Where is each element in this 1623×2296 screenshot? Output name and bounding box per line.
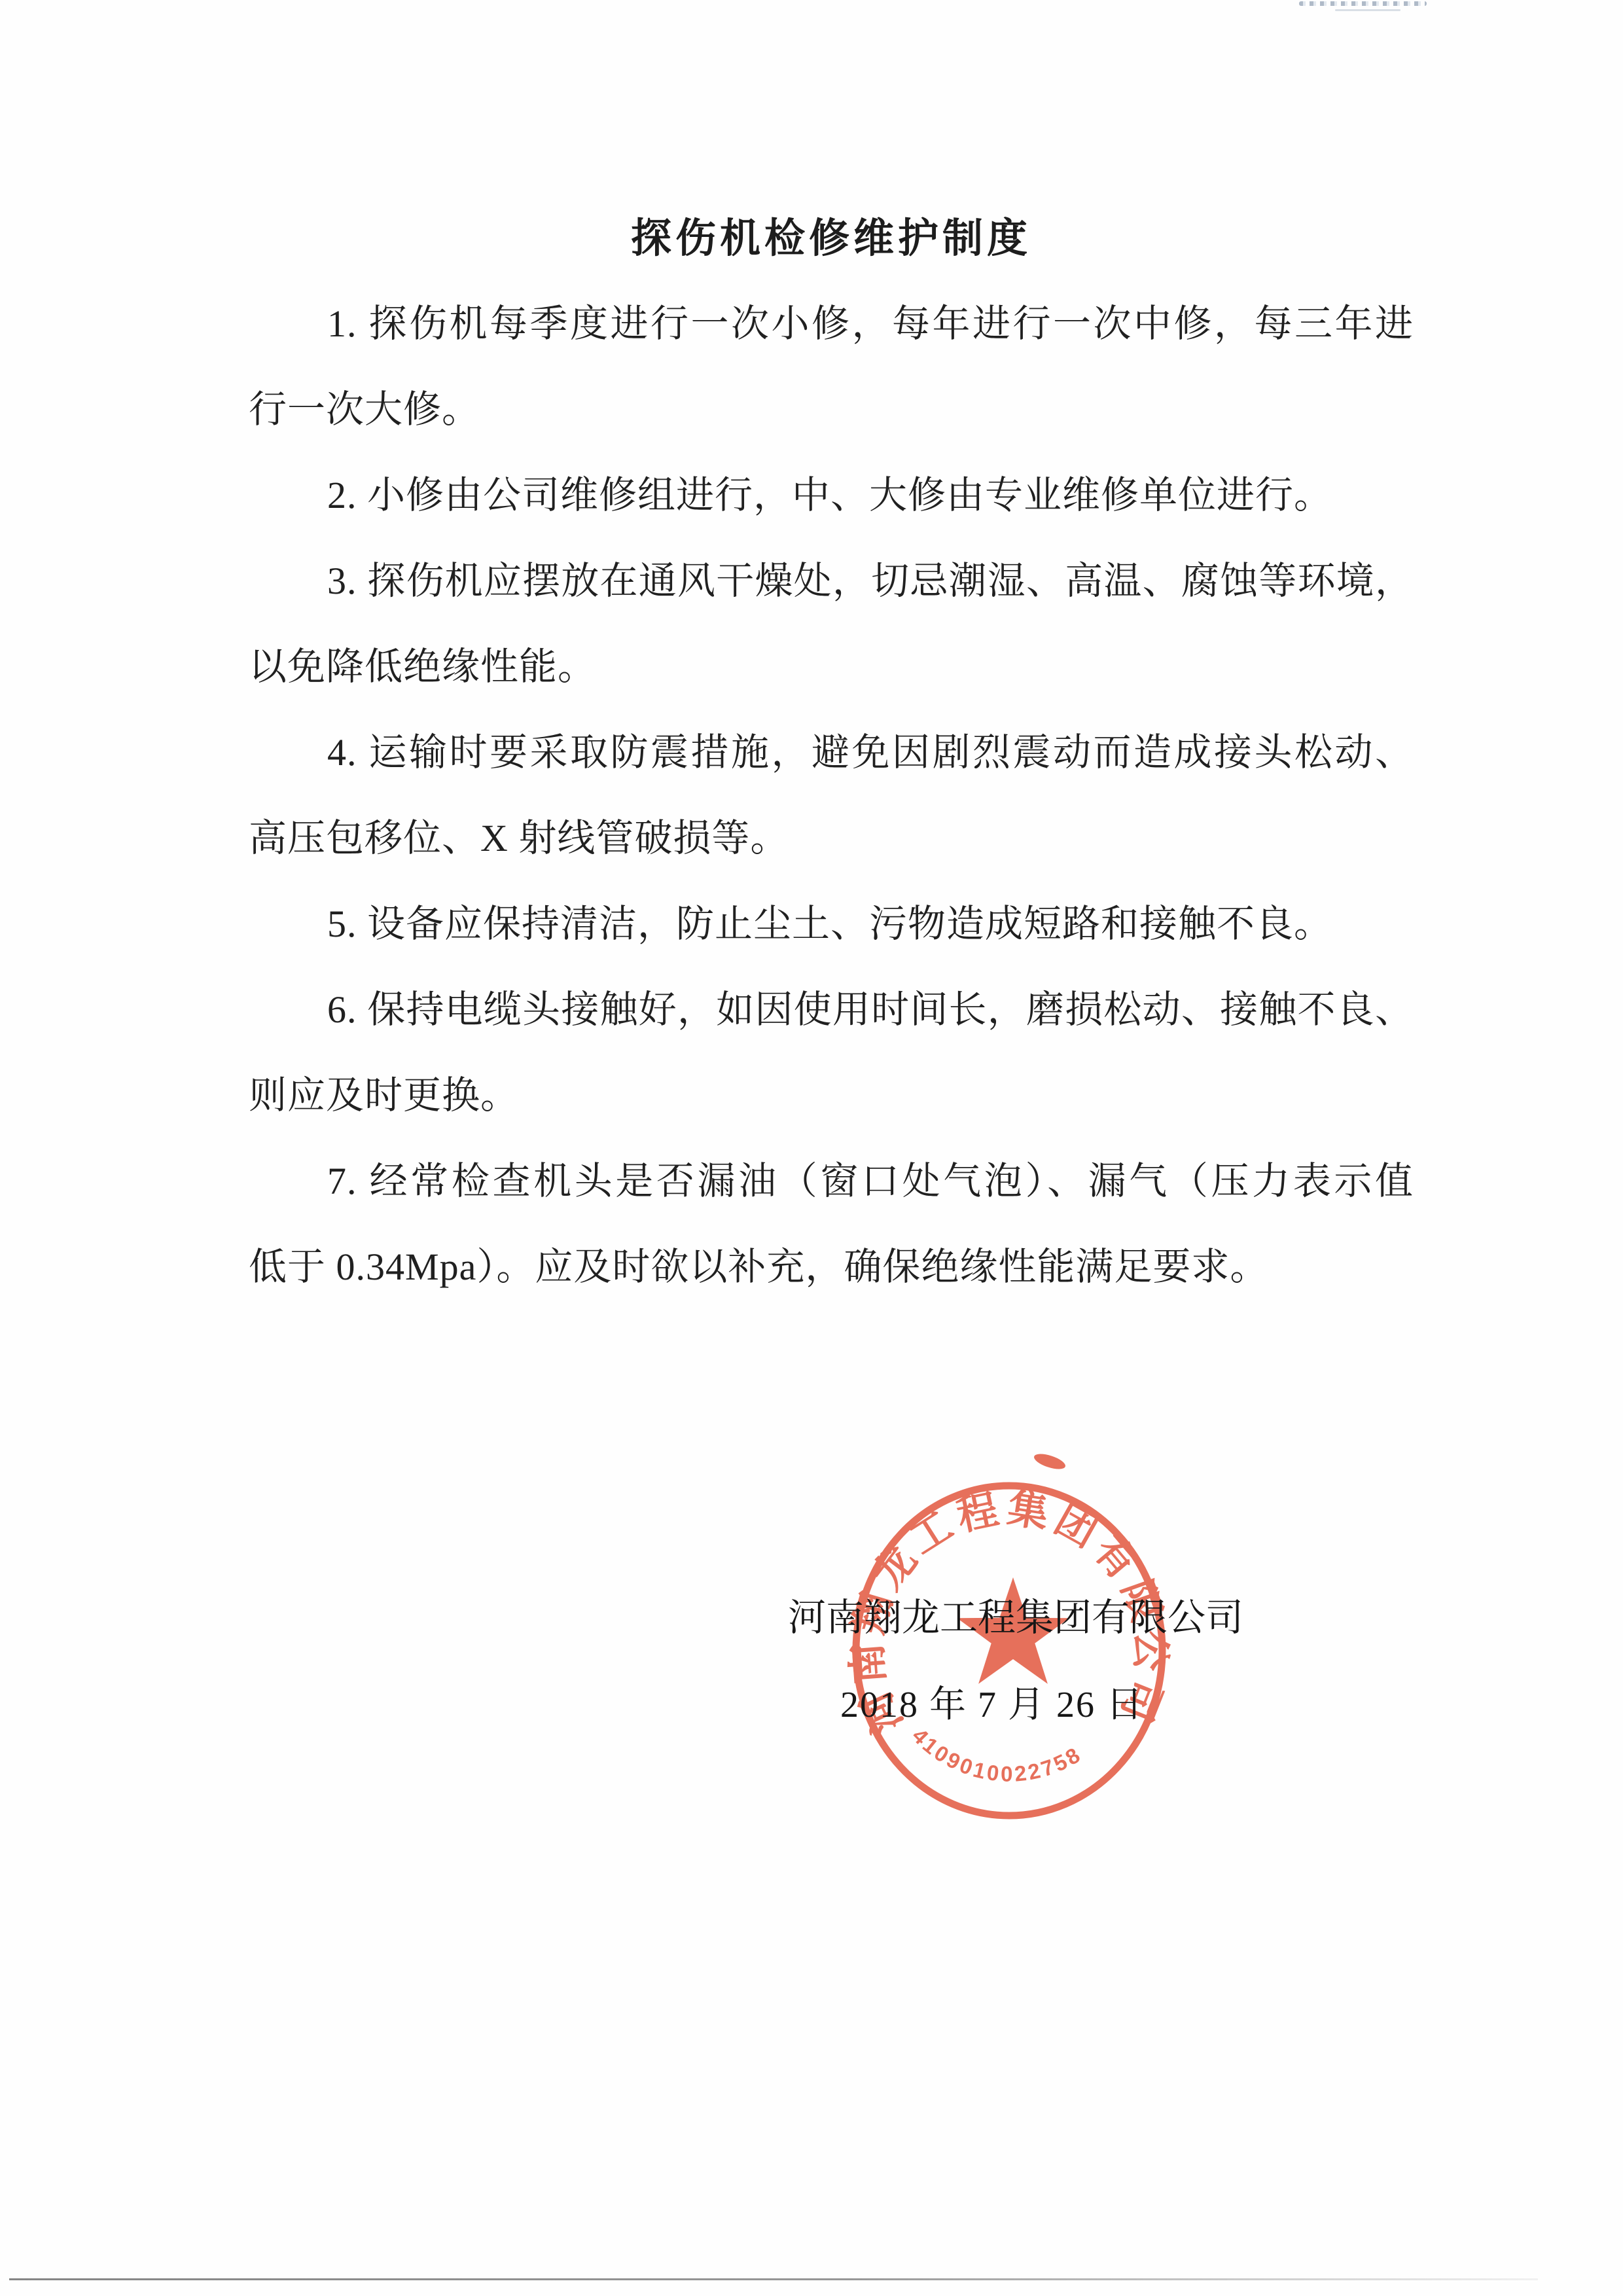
seal-ink-splash bbox=[1032, 1451, 1067, 1473]
body-line: 2. 小修由公司维修组进行，中、大修由专业维修单位进行。 bbox=[249, 452, 1414, 538]
body-line: 以免降低绝缘性能。 bbox=[249, 624, 1414, 709]
signature-date: 2018 年 7 月 26 日 bbox=[840, 1676, 1144, 1728]
body-line: 5. 设备应保持清洁，防止尘土、污物造成短路和接触不良。 bbox=[249, 881, 1414, 967]
body-line: 低于 0.34Mpa）。应及时欲以补充，确保绝缘性能满足要求。 bbox=[249, 1224, 1414, 1310]
document-body: 1. 探伤机每季度进行一次小修，每年进行一次中修，每三年进行一次大修。2. 小修… bbox=[249, 281, 1414, 1310]
body-line: 高压包移位、X 射线管破损等。 bbox=[249, 795, 1414, 881]
scan-smudge-top-2 bbox=[1335, 9, 1400, 11]
scanned-document-page: 探伤机检修维护制度 1. 探伤机每季度进行一次小修，每年进行一次中修，每三年进行… bbox=[0, 0, 1623, 2296]
body-line: 1. 探伤机每季度进行一次小修，每年进行一次中修，每三年进 bbox=[249, 281, 1414, 367]
body-line: 4. 运输时要采取防震措施，避免因剧烈震动而造成接头松动、 bbox=[249, 709, 1414, 795]
seal-serial-number: 4109010022758 bbox=[908, 1723, 1086, 1786]
signature-company: 河南翔龙工程集团有限公司 bbox=[788, 1587, 1243, 1641]
body-line: 7. 经常检查机头是否漏油（窗口处气泡）、漏气（压力表示值 bbox=[249, 1138, 1414, 1224]
body-line: 则应及时更换。 bbox=[249, 1052, 1414, 1138]
scan-smudge-top bbox=[1299, 1, 1427, 6]
body-line: 6. 保持电缆头接触好，如因使用时间长，磨损松动、接触不良、 bbox=[249, 967, 1414, 1052]
company-seal-stamp: 河南翔龙工程集团有限公司 4109010022758 bbox=[811, 1433, 1207, 1868]
document-title: 探伤机检修维护制度 bbox=[249, 196, 1414, 281]
scan-line-bottom bbox=[9, 2278, 1538, 2280]
body-line: 3. 探伤机应摆放在通风干燥处，切忌潮湿、高温、腐蚀等环境， bbox=[249, 538, 1414, 624]
body-line: 行一次大修。 bbox=[249, 367, 1414, 452]
